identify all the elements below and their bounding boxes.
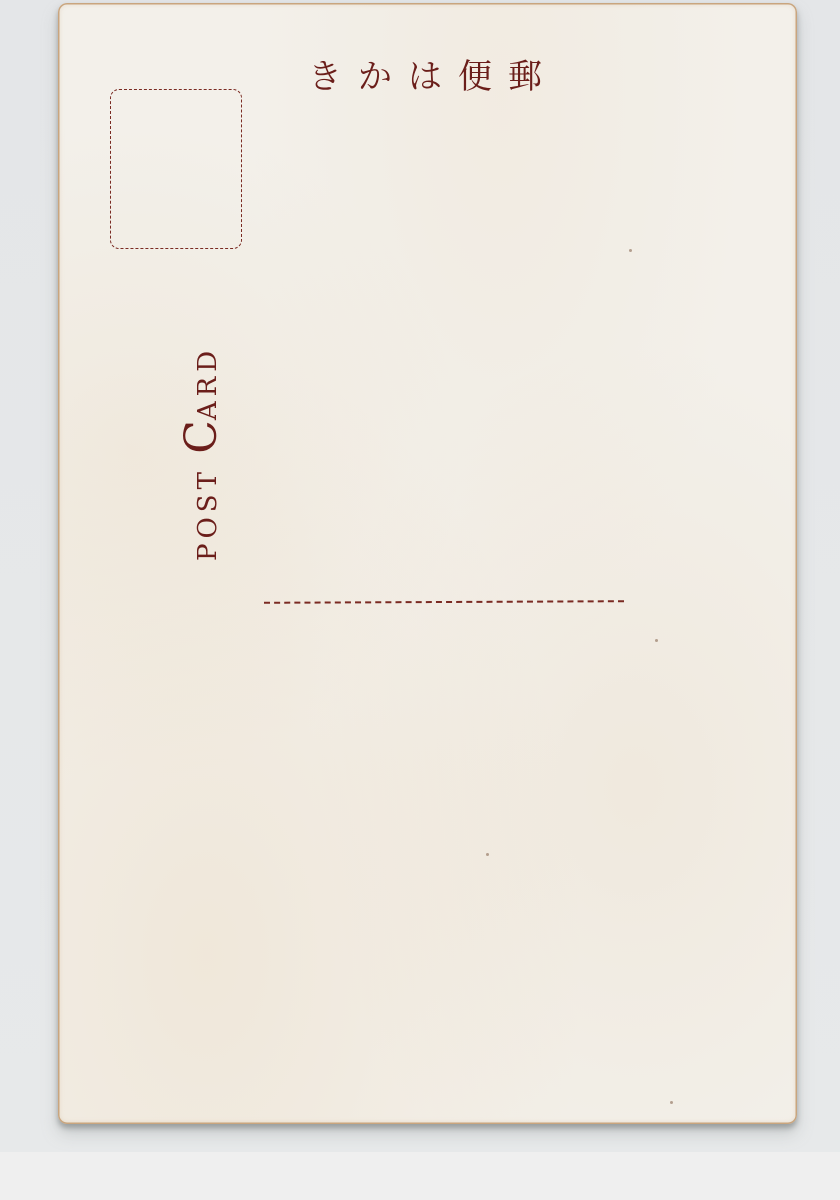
japanese-postcard-header: きかは便郵	[308, 49, 558, 98]
label-suffix: ARD	[193, 346, 223, 420]
address-divider-line	[264, 600, 624, 604]
post-card-label: POST CARD	[176, 346, 227, 561]
paper-speck	[655, 639, 658, 642]
label-prefix: POST	[193, 467, 223, 561]
postcard-back: きかは便郵 POST CARD	[58, 3, 797, 1124]
label-initial: C	[176, 420, 227, 454]
stamp-placement-box	[110, 89, 242, 249]
paper-speck	[629, 249, 632, 252]
paper-speck	[670, 1101, 673, 1104]
footer-strip	[0, 1152, 840, 1200]
paper-speck	[486, 853, 489, 856]
